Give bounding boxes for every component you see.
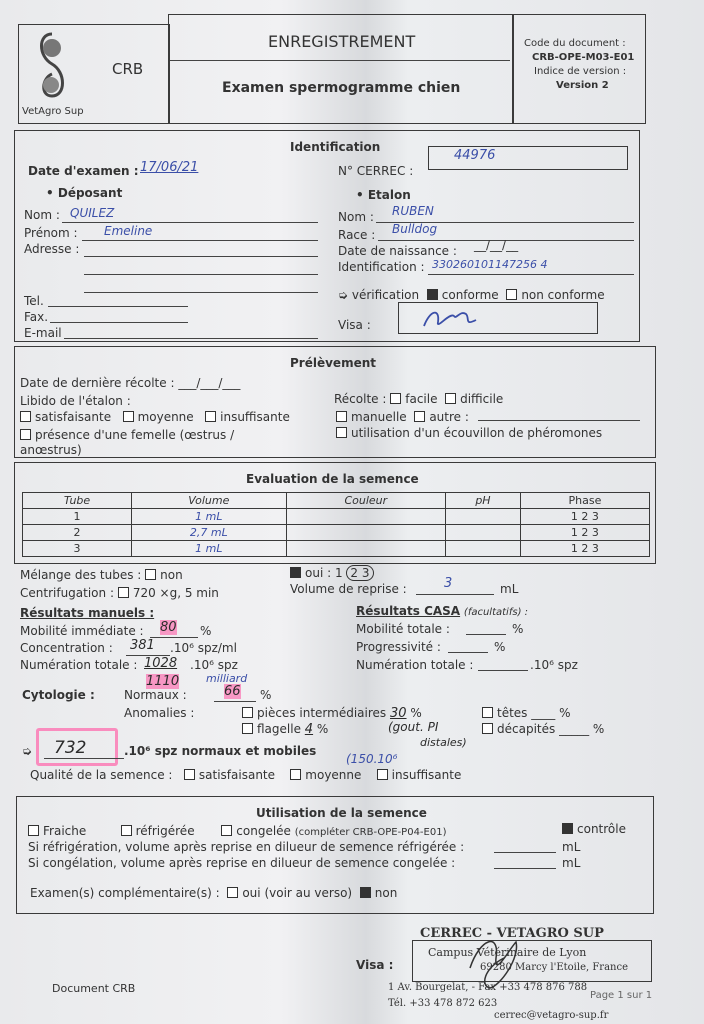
prelevement-title: Prélèvement xyxy=(290,356,376,370)
femelle-label: présence d'une femelle (œstrus / xyxy=(35,428,234,442)
etalon-nom-label: Nom : xyxy=(338,210,374,224)
volume-reprise-label: Volume de reprise : xyxy=(290,582,407,596)
casa-title-row: Résultats CASA (facultatifs) : xyxy=(356,604,528,618)
stamp-signature-icon xyxy=(460,928,540,992)
stamp-line-6: cerrec@vetagro-sup.fr xyxy=(494,1010,608,1021)
volume-reprise-value[interactable]: 3 xyxy=(444,576,452,591)
examen-label: Examen(s) complémentaire(s) : xyxy=(30,886,220,900)
mobilite-unit: % xyxy=(200,624,211,638)
normaux-mobiles-value[interactable]: 732 xyxy=(54,738,86,758)
normaux-mobiles-label: .10⁶ spz normaux et mobiles xyxy=(124,744,316,758)
normaux-value[interactable]: 66 xyxy=(224,684,241,699)
etalon-identification-label: Identification : xyxy=(338,260,425,274)
ecouvillon-checkbox[interactable] xyxy=(336,427,347,438)
melange-oui-label: oui : 1 xyxy=(305,566,343,580)
recolte-row: Récolte : facile difficile xyxy=(334,392,503,406)
flagelle-unit: % xyxy=(317,722,328,736)
cerrec-value: 44976 xyxy=(454,148,495,163)
libido-options: satisfaisante moyenne insuffisante xyxy=(20,410,290,424)
flagelle-row: flagelle 4 % xyxy=(242,722,328,737)
ecouvillon-label: utilisation d'un écouvillon de phéromone… xyxy=(351,426,602,440)
col-couleur: Couleur xyxy=(286,493,445,509)
examen-row: Examen(s) complémentaire(s) : oui (voir … xyxy=(30,886,397,900)
femelle-label-2: anœstrus) xyxy=(20,443,82,457)
tetes-label: têtes xyxy=(497,706,527,720)
cell-tube: 2 xyxy=(23,525,132,541)
derniere-recolte-text: Date de dernière récolte : xyxy=(20,376,175,390)
cell-tube: 1 xyxy=(23,509,132,525)
normaux-unit: % xyxy=(260,688,271,702)
autre-label: autre : xyxy=(429,410,469,424)
date-examen-value[interactable]: 17/06/21 xyxy=(140,160,198,175)
version-label: Indice de version : xyxy=(534,66,626,77)
casa-numeration-unit: .10⁶ spz xyxy=(530,658,578,672)
congelation-field[interactable] xyxy=(494,868,556,869)
deposant-prenom-value[interactable]: Emeline xyxy=(104,224,152,238)
qualite-moyenne-checkbox[interactable] xyxy=(290,769,301,780)
centrifugation-row: Centrifugation : 720 ×g, 5 min xyxy=(20,586,219,600)
header-type: ENREGISTREMENT xyxy=(268,32,415,51)
tetes-checkbox[interactable] xyxy=(482,707,493,718)
evaluation-title: Evaluation de la semence xyxy=(246,472,419,486)
melange-oui-row: oui : 1 2 3 xyxy=(290,566,374,580)
etalon-naissance-label: Date de naissance : xyxy=(338,244,457,258)
deposant-nom-value[interactable]: QUILEZ xyxy=(70,206,114,220)
libido-moyenne-label: moyenne xyxy=(138,410,194,424)
autre-checkbox[interactable] xyxy=(414,411,425,422)
etalon-race-value[interactable]: Bulldog xyxy=(392,222,437,236)
fax-label: Fax. xyxy=(24,310,48,324)
table-header-row: Tube Volume Couleur pH Phase xyxy=(23,493,650,509)
casa-progressivite-field[interactable] xyxy=(448,652,488,653)
qualite-moyenne-label: moyenne xyxy=(305,768,361,782)
footer-visa-label: Visa : xyxy=(356,958,393,972)
pieces-row: pièces intermédiaires 30 % xyxy=(242,706,422,721)
manuelle-label: manuelle xyxy=(351,410,407,424)
deposant-title-text: Déposant xyxy=(58,186,122,200)
cytologie-note-1: (gout. PI xyxy=(388,720,438,734)
header-title-cell xyxy=(168,14,514,124)
decapites-unit: % xyxy=(593,722,604,736)
deposant-adresse-label: Adresse : xyxy=(24,242,79,256)
date-examen-label: Date d'examen : xyxy=(28,164,139,178)
centrifugation-label: Centrifugation : xyxy=(20,586,114,600)
tel-label: Tel. xyxy=(24,294,44,308)
casa-progressivite-label: Progressivité : xyxy=(356,640,441,654)
examen-non-label: non xyxy=(375,886,398,900)
flagelle-value[interactable]: 4 xyxy=(305,722,313,737)
examen-oui-checkbox[interactable] xyxy=(227,887,238,898)
cell-phase[interactable]: 1 2 3 xyxy=(520,525,649,541)
melange-non-label: non xyxy=(160,568,183,582)
casa-progressivite-unit: % xyxy=(494,640,505,654)
derniere-recolte-value[interactable]: ___/___/___ xyxy=(178,376,240,390)
pieces-label: pièces intermédiaires xyxy=(257,706,386,720)
concentration-value[interactable]: 381 xyxy=(130,638,155,653)
qualite-satisfaisante-label: satisfaisante xyxy=(199,768,275,782)
numeration-label: Numération totale : xyxy=(20,658,137,672)
evaluation-table: Tube Volume Couleur pH Phase 1 1 mL 1 2 … xyxy=(22,492,650,557)
decapites-checkbox[interactable] xyxy=(482,723,493,734)
signature-icon xyxy=(420,306,480,332)
crb-label: CRB xyxy=(112,60,143,78)
mobilite-label: Mobilité immédiate : xyxy=(20,624,144,638)
etalon-naissance-value[interactable]: __/__/__ xyxy=(474,238,518,252)
libido-label: Libido de l'étalon : xyxy=(20,394,131,408)
decapites-row: décapités _____ % xyxy=(482,722,604,736)
col-ph: pH xyxy=(446,493,521,509)
adresse-line-1[interactable] xyxy=(84,256,318,257)
cell-phase[interactable]: 1 2 3 xyxy=(520,509,649,525)
pieces-checkbox[interactable] xyxy=(242,707,253,718)
cell-phase[interactable]: 1 2 3 xyxy=(520,541,649,557)
conforme-label: conforme xyxy=(442,288,499,302)
qualite-row: Qualité de la semence : satisfaisante mo… xyxy=(30,768,461,782)
refrigeration-unit: mL xyxy=(562,840,580,854)
femelle-checkbox[interactable] xyxy=(20,429,31,440)
concentration-unit: .10⁶ spz/ml xyxy=(170,641,237,655)
melange-non-checkbox[interactable] xyxy=(145,569,156,580)
controle-row: contrôle xyxy=(562,822,626,836)
ecouvillon-row: utilisation d'un écouvillon de phéromone… xyxy=(336,426,602,440)
casa-numeration-field[interactable] xyxy=(478,670,528,671)
cerrec-label: N° CERREC : xyxy=(338,164,413,178)
code-value: CRB-OPE-M03-E01 xyxy=(532,52,634,63)
cell-ph[interactable] xyxy=(446,525,521,541)
recolte-difficile-checkbox[interactable] xyxy=(445,393,456,404)
casa-mobilite-field[interactable] xyxy=(466,634,506,635)
numeration-value[interactable]: 1028 xyxy=(144,656,177,671)
recolte-facile-label: facile xyxy=(405,392,437,406)
centrifugation-checkbox[interactable] xyxy=(118,587,129,598)
casa-mobilite-unit: % xyxy=(512,622,523,636)
cell-volume[interactable]: 2,7 mL xyxy=(132,525,287,541)
vetagro-logo-icon xyxy=(34,30,70,102)
cell-ph[interactable] xyxy=(446,509,521,525)
cell-ph[interactable] xyxy=(446,541,521,557)
table-row: 3 1 mL 1 2 3 xyxy=(23,541,650,557)
pieces-unit: % xyxy=(410,706,421,720)
libido-satisfaisante-checkbox[interactable] xyxy=(20,411,31,422)
controle-label: contrôle xyxy=(577,822,626,836)
etalon-title-text: Etalon xyxy=(368,188,411,202)
cell-couleur[interactable] xyxy=(286,525,445,541)
libido-moyenne-checkbox[interactable] xyxy=(123,411,134,422)
congelation-unit: mL xyxy=(562,856,580,870)
qualite-label: Qualité de la semence : xyxy=(30,768,172,782)
flagelle-label: flagelle xyxy=(257,722,301,736)
recolte-facile-checkbox[interactable] xyxy=(390,393,401,404)
tel-field[interactable] xyxy=(48,306,188,307)
numeration-note-value: 1110 xyxy=(146,674,179,689)
etalon-title: • Etalon xyxy=(356,188,411,202)
concentration-label: Concentration : xyxy=(20,641,113,655)
non-conforme-label: non conforme xyxy=(521,288,604,302)
logo-text: VetAgro Sup xyxy=(22,106,84,117)
col-phase: Phase xyxy=(520,493,649,509)
cell-volume[interactable]: 1 mL xyxy=(132,509,287,525)
col-volume: Volume xyxy=(132,493,287,509)
controle-checkbox[interactable] xyxy=(562,823,573,834)
casa-title: Résultats CASA xyxy=(356,604,460,618)
congelation-label: Si congélation, volume après reprise en … xyxy=(28,856,455,870)
adresse-line-2[interactable] xyxy=(84,274,318,275)
refrigeration-label: Si réfrigération, volume après reprise e… xyxy=(28,840,464,854)
cytologie-note-2: distales) xyxy=(420,736,467,749)
conforme-checkbox[interactable] xyxy=(427,289,438,300)
libido-insuffisante-checkbox[interactable] xyxy=(205,411,216,422)
fraiche-checkbox[interactable] xyxy=(28,825,39,836)
etalon-identification-value[interactable]: 330260101147256 4 xyxy=(432,258,547,271)
email-field[interactable] xyxy=(64,338,318,339)
derniere-recolte-label: Date de dernière récolte : ___/___/___ xyxy=(20,376,240,390)
cytologie-note-3: (150.10⁶ xyxy=(346,752,397,766)
libido-insuffisante-label: insuffisante xyxy=(220,410,290,424)
version-value: Version 2 xyxy=(556,80,609,91)
tetes-unit: % xyxy=(559,706,570,720)
utilisation-options: Fraiche réfrigérée congelée (compléter C… xyxy=(28,824,446,838)
arrow-right-icon: ➭ xyxy=(22,744,32,758)
page-label: Page 1 sur 1 xyxy=(590,990,652,1001)
congelee-label: congelée xyxy=(236,824,291,838)
melange-circled-tubes[interactable]: 2 3 xyxy=(346,565,373,581)
decapites-label: décapités xyxy=(497,722,555,736)
etalon-nom-value[interactable]: RUBEN xyxy=(392,204,434,218)
normaux-label: Normaux : xyxy=(124,688,187,702)
congelee-checkbox[interactable] xyxy=(221,825,232,836)
arrow-right-icon: ➭ xyxy=(338,288,352,302)
table-row: 2 2,7 mL 1 2 3 xyxy=(23,525,650,541)
visa-label: Visa : xyxy=(338,318,371,332)
flagelle-checkbox[interactable] xyxy=(242,723,253,734)
casa-mobilite-label: Mobilité totale : xyxy=(356,622,450,636)
header-title: Examen spermogramme chien xyxy=(222,80,460,96)
autre-field[interactable] xyxy=(478,420,640,421)
document-crb-label: Document CRB xyxy=(52,982,135,995)
etalon-race-label: Race : xyxy=(338,228,375,242)
cytologie-label: Cytologie : xyxy=(22,688,95,702)
stamp-line-5: Tél. +33 478 872 623 xyxy=(388,998,497,1009)
manuelle-checkbox[interactable] xyxy=(336,411,347,422)
numeration-unit: .10⁶ spz xyxy=(190,658,238,672)
mobilite-value[interactable]: 80 xyxy=(160,620,177,635)
refrigeree-label: réfrigérée xyxy=(136,824,195,838)
fax-field[interactable] xyxy=(50,322,188,323)
deposant-nom-label: Nom : xyxy=(24,208,60,222)
anomalies-label: Anomalies : xyxy=(124,706,194,720)
qualite-satisfaisante-checkbox[interactable] xyxy=(184,769,195,780)
volume-reprise-unit: mL xyxy=(500,582,518,596)
pieces-value[interactable]: 30 xyxy=(390,706,407,721)
melange-row: Mélange des tubes : non xyxy=(20,568,183,582)
femelle-row: présence d'une femelle (œstrus / xyxy=(20,428,234,442)
recolte-label: Récolte : xyxy=(334,392,386,406)
verification-label: vérification xyxy=(352,288,419,302)
qualite-insuffisante-checkbox[interactable] xyxy=(377,769,388,780)
qualite-insuffisante-label: insuffisante xyxy=(392,768,462,782)
manual-results-title: Résultats manuels : xyxy=(20,606,154,620)
examen-oui-label: oui (voir au verso) xyxy=(242,886,352,900)
melange-oui-checkbox[interactable] xyxy=(290,567,301,578)
recolte-difficile-label: difficile xyxy=(460,392,503,406)
methode-row: manuelle autre : xyxy=(336,410,469,424)
cell-volume[interactable]: 1 mL xyxy=(132,541,287,557)
examen-non-checkbox[interactable] xyxy=(360,887,371,898)
libido-satisfaisante-label: satisfaisante xyxy=(35,410,111,424)
adresse-line-3[interactable] xyxy=(84,292,318,293)
cell-couleur[interactable] xyxy=(286,509,445,525)
non-conforme-checkbox[interactable] xyxy=(506,289,517,300)
table-row: 1 1 mL 1 2 3 xyxy=(23,509,650,525)
fraiche-label: Fraiche xyxy=(43,824,86,838)
casa-subtitle: (facultatifs) : xyxy=(464,607,528,618)
congelee-note: (compléter CRB-OPE-P04-E01) xyxy=(295,827,447,838)
centrifugation-value: 720 ×g, 5 min xyxy=(133,586,219,600)
refrigeration-field[interactable] xyxy=(494,852,556,853)
refrigeree-checkbox[interactable] xyxy=(121,825,132,836)
col-tube: Tube xyxy=(23,493,132,509)
identification-title: Identification xyxy=(290,140,380,154)
deposant-title: • Déposant xyxy=(46,186,122,200)
cell-tube: 3 xyxy=(23,541,132,557)
email-label: E-mail xyxy=(24,326,62,340)
casa-numeration-label: Numération totale : xyxy=(356,658,473,672)
deposant-prenom-label: Prénom : xyxy=(24,226,78,240)
melange-label: Mélange des tubes : xyxy=(20,568,141,582)
cell-couleur[interactable] xyxy=(286,541,445,557)
verification-row: ➭ vérification conforme non conforme xyxy=(338,288,605,302)
code-label: Code du document : xyxy=(524,38,626,49)
tetes-row: têtes ____ % xyxy=(482,706,570,720)
utilisation-title: Utilisation de la semence xyxy=(256,806,427,820)
